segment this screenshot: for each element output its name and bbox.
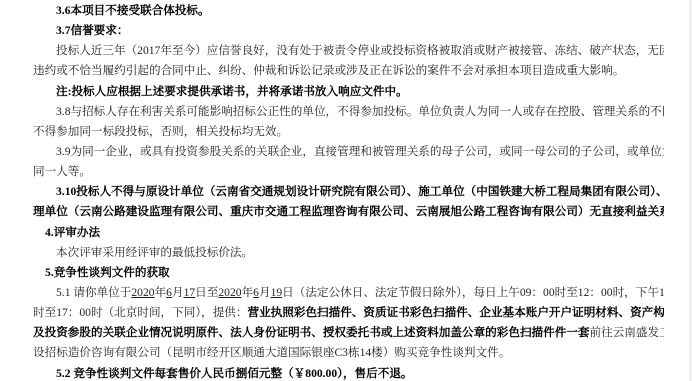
clause-3-7-body-line-2: 违约或不恰当履约引起的合同中止、纠纷、仲裁和诉讼记录或涉及正在诉讼的案件不会对承…: [33, 61, 664, 81]
tender-document-page: 3.6本项目不接受联合体投标。3.7信誉要求：投标人近三年（2017年至今）应信…: [0, 0, 692, 381]
clause-5-1-line-4: 设招标造价咨询有限公司（昆明市经开区顺通大道国际银座C3栋14楼）购买竞争性谈判…: [33, 343, 664, 363]
text-segment: 前往云南盛发工程建: [590, 326, 664, 339]
note-commitment-letter: 注:投标人应根据上述要求提供承诺书，并将承诺书放入响应文件中。: [33, 82, 664, 102]
text-segment: 17: [184, 286, 196, 299]
text-segment: 5.2 竞争性谈判文件每套售价人民币捌佰元整（￥800.00），售后不退。: [56, 367, 413, 380]
text-segment: 3.6本项目不接受联合体投标。: [56, 4, 210, 17]
clause-5-1-line-1: 5.1 请你单位于2020年6月17日至2020年6月19日（法定公休日、法定节…: [33, 283, 664, 303]
text-segment: 3.8与招标人存在利害关系可能影响招标公正性的单位，不得参加投标。单位负责人为同…: [56, 105, 664, 118]
text-segment: 年: [155, 286, 167, 299]
text-segment: 月: [172, 286, 184, 299]
text-segment: 本次评审采用经评审的最低投标价法。: [56, 246, 253, 259]
text-segment: 投标人近三年（2017年至今）应信誉良好，没有处于被责令停业或投标资格被取消或财…: [56, 44, 664, 57]
clause-5-2: 5.2 竞争性谈判文件每套售价人民币捌佰元整（￥800.00），售后不退。: [33, 364, 664, 381]
text-segment: 月: [259, 286, 271, 299]
text-segment: 日（法定公休日、法定节假日除外），每日上午09：00时至12：00时，下午13：…: [282, 286, 664, 299]
section-4-heading: 4.评审办法: [33, 223, 664, 243]
text-segment: 设招标造价咨询有限公司（昆明市经开区顺通大道国际银座C3栋14楼）购买竞争性谈判…: [33, 346, 510, 359]
text-segment: 不得参加同一标段投标，否则，相关投标均无效。: [33, 125, 288, 138]
clause-3-10-line-1: 3.10投标人不得与原设计单位（云南省交通规划设计研究院有限公司）、施工单位（中…: [33, 182, 664, 202]
text-segment: 年: [242, 286, 254, 299]
text-segment: 时至17：00时（北京时间，下同），提供：: [33, 306, 247, 319]
section-5-heading: 5.竞争性谈判文件的获取: [33, 263, 664, 283]
clause-3-9-line-1: 3.9为同一企业，或具有投资参股关系的关联企业，直接管理和被管理关系的母子公司，…: [33, 142, 664, 162]
clause-3-8-line-2: 不得参加同一标段投标，否则，相关投标均无效。: [33, 122, 664, 142]
text-segment: 3.7信誉要求：: [56, 24, 128, 37]
text-segment: 注:投标人应根据上述要求提供承诺书，并将承诺书放入响应文件中。: [56, 85, 408, 98]
text-segment: 日至: [195, 286, 218, 299]
text-segment: 3.9为同一企业，或具有投资参股关系的关联企业，直接管理和被管理关系的母子公司，…: [56, 145, 664, 158]
clause-5-1-line-2: 时至17：00时（北京时间，下同），提供：营业执照彩色扫描件、资质证书彩色扫描件…: [33, 303, 664, 323]
text-segment: 2020: [218, 286, 241, 299]
text-segment: 2020: [131, 286, 154, 299]
clause-3-9-line-2: 同一人等。: [33, 162, 664, 182]
clause-5-1-line-3: 及投资参股的关联企业情况说明原件、法人身份证明书、授权委托书或上述资料加盖公章的…: [33, 323, 664, 343]
text-segment: 营业执照彩色扫描件、资质证书彩色扫描件、企业基本账户开户证明材料、资产构成情况: [247, 306, 664, 319]
text-segment: 3.10投标人不得与原设计单位（云南省交通规划设计研究院有限公司）、施工单位（中…: [56, 185, 664, 198]
text-segment: 5.竞争性谈判文件的获取: [45, 266, 170, 279]
text-segment: 4.评审办法: [45, 226, 100, 239]
text-segment: 5.1 请你单位于: [56, 286, 131, 299]
text-segment: 同一人等。: [33, 165, 91, 178]
clause-3-8-line-1: 3.8与招标人存在利害关系可能影响招标公正性的单位，不得参加投标。单位负责人为同…: [33, 102, 664, 122]
text-segment: 及投资参股的关联企业情况说明原件、法人身份证明书、授权委托书或上述资料加盖公章的…: [33, 326, 590, 339]
text-segment: 违约或不恰当履约引起的合同中止、纠纷、仲裁和诉讼记录或涉及正在诉讼的案件不会对承…: [33, 64, 624, 77]
clause-3-6: 3.6本项目不接受联合体投标。: [33, 1, 664, 21]
clause-3-10-line-2: 理单位（云南公路建设监理有限公司、重庆市交通工程监理咨询有限公司、云南展旭公路工…: [33, 202, 664, 222]
document-body: 3.6本项目不接受联合体投标。3.7信誉要求：投标人近三年（2017年至今）应信…: [0, 0, 692, 381]
clause-3-7-heading: 3.7信誉要求：: [33, 21, 664, 41]
text-segment: 理单位（云南公路建设监理有限公司、重庆市交通工程监理咨询有限公司、云南展旭公路工…: [33, 205, 664, 218]
section-4-body: 本次评审采用经评审的最低投标价法。: [33, 243, 664, 263]
clause-3-7-body-line-1: 投标人近三年（2017年至今）应信誉良好，没有处于被责令停业或投标资格被取消或财…: [33, 41, 664, 61]
text-segment: 19: [271, 286, 283, 299]
